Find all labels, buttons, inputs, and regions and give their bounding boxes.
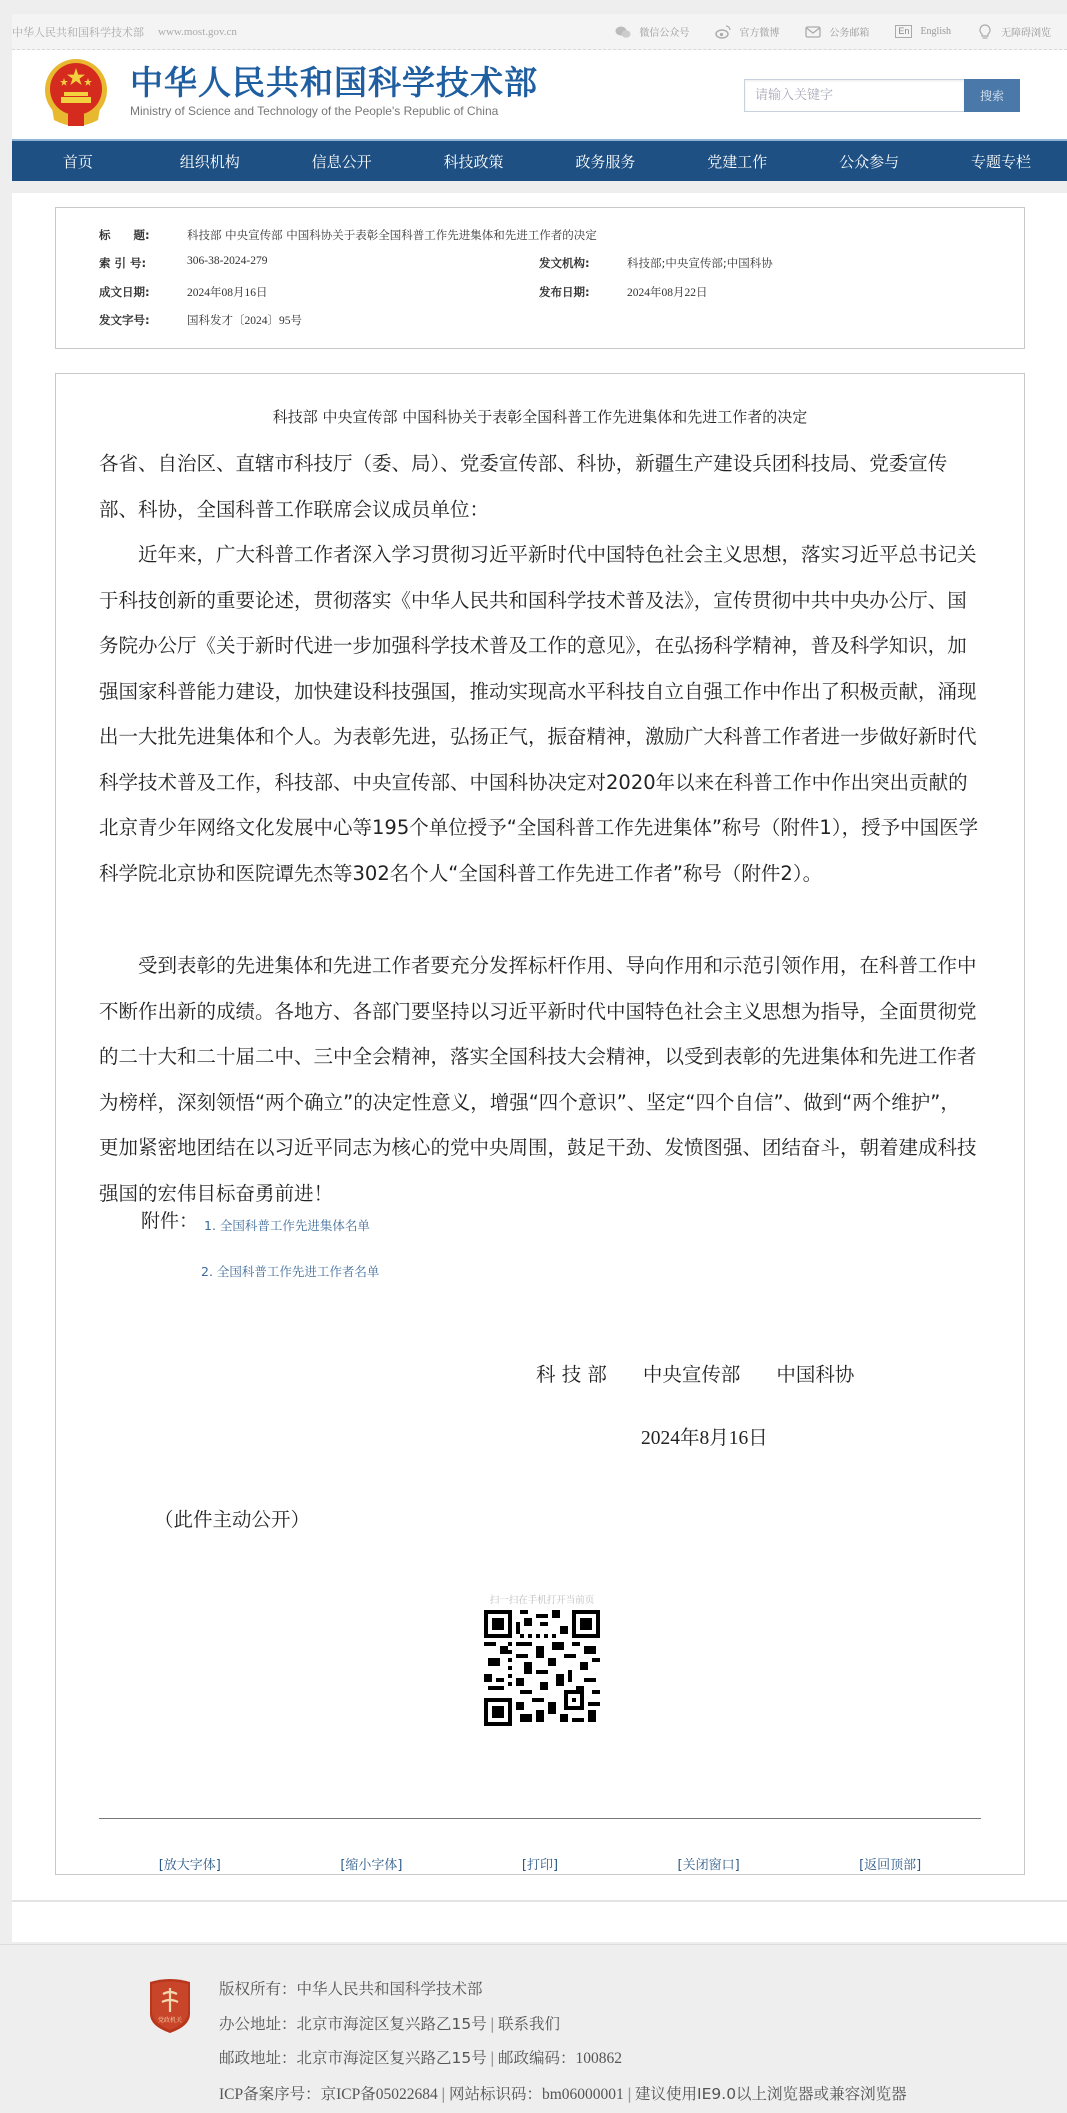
site-footer: 党政机关 版权所有：中华人民共和国科学技术部 办公地址：北京市海淀区复兴路乙15… xyxy=(0,1944,1067,2113)
document-title: 科技部 中央宣传部 中国科协关于表彰全国科普工作先进集体和先进工作者的决定 xyxy=(56,406,1024,427)
badge-text: 党政机关 xyxy=(158,2016,182,2024)
brand[interactable]: 中华人民共和国科学技术部 Ministry of Science and Tec… xyxy=(130,64,538,118)
copyright-label: 版权所有： xyxy=(219,1980,297,1998)
accessibility-link[interactable]: 无障碍浏览 xyxy=(977,24,1051,39)
search-form: 搜索 xyxy=(744,79,1020,112)
print-button[interactable]: [打印] xyxy=(522,1854,558,1873)
postcode-value: 100862 xyxy=(576,2050,623,2067)
postal-value: 北京市海淀区复兴路乙15号 xyxy=(297,2049,487,2067)
contact-us-link[interactable]: 联系我们 xyxy=(498,2015,560,2033)
meta-publish-date-label: 发布日期: xyxy=(539,284,627,300)
separator: | xyxy=(490,2015,495,2033)
weibo-link[interactable]: 官方微博 xyxy=(715,24,779,39)
meta-publish-date-row: 发布日期: 2024年08月22日 xyxy=(539,284,708,300)
close-window-button[interactable]: [关闭窗口] xyxy=(678,1854,740,1873)
top-utility-bar: 中华人民共和国科学技术部 www.most.gov.cn 微信公众号 官方微博 … xyxy=(12,14,1067,50)
english-icon: En xyxy=(895,25,912,38)
utility-links: 微信公众号 官方微博 公务邮箱 En English xyxy=(615,24,1067,39)
meta-issuer-row: 发文机构: 科技部;中央宣传部;中国科协 xyxy=(539,255,773,271)
wechat-icon xyxy=(615,25,631,39)
english-label: English xyxy=(920,26,951,37)
footer-info: 版权所有：中华人民共和国科学技术部 办公地址：北京市海淀区复兴路乙15号|联系我… xyxy=(219,1972,907,2112)
attachments-list: 1. 全国科普工作先进集体名单 2. 全国科普工作先进工作者名单 xyxy=(204,1216,379,1280)
nav-party-building[interactable]: 党建工作 xyxy=(671,151,803,172)
signer-publicity-dept: 中央宣传部 xyxy=(643,1359,741,1387)
weibo-label: 官方微博 xyxy=(739,24,779,39)
separator: | xyxy=(627,2085,632,2103)
document-divider xyxy=(99,1818,981,1819)
attachment-link-2[interactable]: 2. 全国科普工作先进工作者名单 xyxy=(201,1262,379,1280)
meta-doc-no-value: 国科发才〔2024〕95号 xyxy=(187,312,302,328)
search-input[interactable] xyxy=(744,79,964,112)
qr-caption: 扫一扫在手机打开当前页 xyxy=(482,1592,602,1606)
mail-icon xyxy=(805,25,821,39)
mail-label: 公务邮箱 xyxy=(829,24,869,39)
meta-issuer-value: 科技部;中央宣传部;中国科协 xyxy=(627,255,773,271)
browser-note: 建议使用IE9.0以上浏览器或兼容浏览器 xyxy=(635,2085,907,2103)
site-url[interactable]: www.most.gov.cn xyxy=(158,26,237,38)
signer-cast: 中国科协 xyxy=(776,1359,854,1387)
postal-label: 邮政地址： xyxy=(219,2049,297,2067)
main-nav: 首页 组织机构 信息公开 科技政策 政务服务 党建工作 公众参与 专题专栏 xyxy=(12,139,1067,181)
party-govt-badge-icon[interactable]: 党政机关 xyxy=(148,1978,192,2034)
postcode-label: 邮政编码： xyxy=(498,2049,576,2067)
meta-index-row: 索 引 号: 306-38-2024-279 xyxy=(99,255,268,271)
meta-written-date-label: 成文日期: xyxy=(99,284,187,300)
enlarge-font-button[interactable]: [放大字体] xyxy=(159,1854,221,1873)
sign-date: 2024年8月16日 xyxy=(641,1422,768,1450)
meta-index-value: 306-38-2024-279 xyxy=(187,255,268,271)
site-name: 中华人民共和国科学技术部 xyxy=(12,24,144,40)
nav-organization[interactable]: 组织机构 xyxy=(144,151,276,172)
search-button[interactable]: 搜索 xyxy=(964,79,1020,112)
site-header: 中华人民共和国科学技术部 Ministry of Science and Tec… xyxy=(12,50,1067,139)
meta-title-label: 标 题: xyxy=(99,227,187,243)
nav-home[interactable]: 首页 xyxy=(12,151,144,172)
footer-icp: ICP备案序号：京ICP备05022684|网站标识码：bm06000001|建… xyxy=(219,2077,907,2113)
national-emblem-icon xyxy=(42,56,110,130)
copyright-value: 中华人民共和国科学技术部 xyxy=(297,1980,483,1998)
office-value: 北京市海淀区复兴路乙15号 xyxy=(297,2015,487,2033)
page-container: 中华人民共和国科学技术部 www.most.gov.cn 微信公众号 官方微博 … xyxy=(12,14,1067,1906)
signer-most: 科 技 部 xyxy=(536,1359,607,1387)
attachment-link-1[interactable]: 1. 全国科普工作先进集体名单 xyxy=(204,1216,379,1234)
icp-link[interactable]: 京ICP备05022684 xyxy=(321,2086,438,2103)
lightbulb-icon xyxy=(977,25,993,39)
brand-title-en: Ministry of Science and Technology of th… xyxy=(130,104,538,118)
attachments-label: 附件： xyxy=(141,1206,198,1233)
document-tools: [放大字体] [缩小字体] [打印] [关闭窗口] [返回顶部] xyxy=(99,1854,981,1873)
meta-issuer-label: 发文机构: xyxy=(539,255,627,271)
brand-title-cn: 中华人民共和国科学技术部 xyxy=(130,64,538,102)
meta-index-label: 索 引 号: xyxy=(99,255,187,271)
footer-copyright: 版权所有：中华人民共和国科学技术部 xyxy=(219,1972,907,2007)
signers: 科 技 部 中央宣传部 中国科协 xyxy=(536,1359,854,1387)
nav-public-participation[interactable]: 公众参与 xyxy=(803,151,935,172)
qr-section: 扫一扫在手机打开当前页 xyxy=(482,1592,602,1726)
qr-code-icon xyxy=(484,1610,600,1726)
document-paragraph-2: 受到表彰的先进集体和先进工作者要充分发挥标杆作用、导向作用和示范引领作用，在科普… xyxy=(99,943,979,1216)
mail-link[interactable]: 公务邮箱 xyxy=(805,24,869,39)
office-label: 办公地址： xyxy=(219,2015,297,2033)
document-body: 科技部 中央宣传部 中国科协关于表彰全国科普工作先进集体和先进工作者的决定 各省… xyxy=(55,373,1025,1875)
separator: | xyxy=(490,2049,495,2067)
nav-policy[interactable]: 科技政策 xyxy=(408,151,540,172)
shrink-font-button[interactable]: [缩小字体] xyxy=(340,1854,402,1873)
meta-title-value: 科技部 中央宣传部 中国科协关于表彰全国科普工作先进集体和先进工作者的决定 xyxy=(187,227,597,243)
document-paragraph-1: 近年来，广大科普工作者深入学习贯彻习近平新时代中国特色社会主义思想，落实习近平总… xyxy=(99,532,979,896)
site-id-label: 网站标识码： xyxy=(449,2085,542,2103)
meta-doc-no-label: 发文字号: xyxy=(99,312,187,328)
footer-office-address: 办公地址：北京市海淀区复兴路乙15号|联系我们 xyxy=(219,2007,907,2042)
meta-written-date-value: 2024年08月16日 xyxy=(187,284,268,300)
site-id-value: bm06000001 xyxy=(542,2086,624,2103)
nav-info-disclosure[interactable]: 信息公开 xyxy=(276,151,408,172)
nav-special-topics[interactable]: 专题专栏 xyxy=(935,151,1067,172)
english-link[interactable]: En English xyxy=(895,25,951,38)
meta-doc-no-row: 发文字号: 国科发才〔2024〕95号 xyxy=(99,312,302,328)
accessibility-label: 无障碍浏览 xyxy=(1001,24,1051,39)
weibo-icon xyxy=(715,25,731,39)
nav-services[interactable]: 政务服务 xyxy=(540,151,672,172)
footer-postal-address: 邮政地址：北京市海淀区复兴路乙15号|邮政编码：100862 xyxy=(219,2041,907,2077)
main-content: 标 题: 科技部 中央宣传部 中国科协关于表彰全国科普工作先进集体和先进工作者的… xyxy=(12,193,1067,1906)
wechat-link[interactable]: 微信公众号 xyxy=(615,24,689,39)
meta-publish-date-value: 2024年08月22日 xyxy=(627,284,708,300)
document-metadata: 标 题: 科技部 中央宣传部 中国科协关于表彰全国科普工作先进集体和先进工作者的… xyxy=(55,207,1025,349)
separator: | xyxy=(441,2085,446,2103)
public-note: （此件主动公开） xyxy=(154,1504,310,1532)
wechat-label: 微信公众号 xyxy=(639,24,689,39)
meta-written-date-row: 成文日期: 2024年08月16日 xyxy=(99,284,268,300)
footer-spacer xyxy=(12,1900,1067,1942)
meta-title-row: 标 题: 科技部 中央宣传部 中国科协关于表彰全国科普工作先进集体和先进工作者的… xyxy=(99,227,597,243)
back-to-top-button[interactable]: [返回顶部] xyxy=(859,1854,921,1873)
icp-label: ICP备案序号： xyxy=(219,2086,321,2103)
document-salutation: 各省、自治区、直辖市科技厅（委、局）、党委宣传部、科协，新疆生产建设兵团科技局、… xyxy=(99,441,979,532)
